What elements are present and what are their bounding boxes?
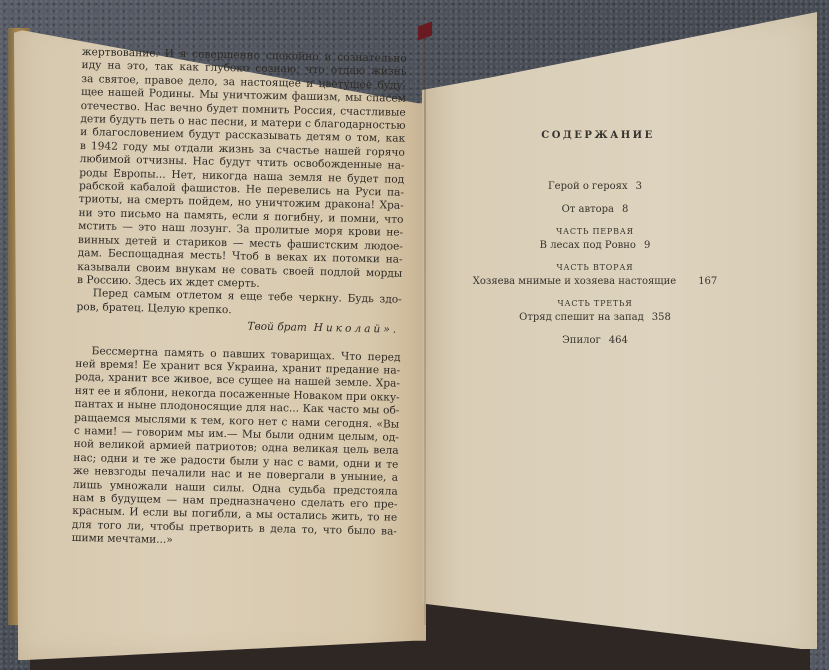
- toc-part-label: ЧАСТЬ ТРЕТЬЯ: [470, 298, 720, 309]
- toc-entry-title: В лесах под Ровно: [540, 240, 636, 251]
- toc-entry: Хозяева мнимые и хозяева настоящие167: [448, 275, 742, 288]
- toc-entry-title: Хозяева мнимые и хозяева настоящие: [473, 276, 676, 287]
- toc-entry-title: От автора: [562, 204, 614, 215]
- toc-entry-page: 167: [676, 276, 717, 287]
- toc-entry: От автора8: [470, 203, 720, 216]
- toc-part-label: ЧАСТЬ ВТОРАЯ: [470, 262, 720, 273]
- signature-name: Николай».: [314, 322, 400, 336]
- toc-entry: В лесах под Ровно9: [470, 239, 720, 252]
- toc-entry-page: 8: [614, 204, 628, 215]
- toc-entry-title: Герой о героях: [548, 181, 628, 192]
- toc-entry-page: 464: [601, 335, 628, 346]
- toc-entry-page: 3: [628, 181, 642, 192]
- table-of-contents: СОДЕРЖАНИЕ Герой о героях3 От автора8 ЧА…: [470, 130, 720, 357]
- signature-prefix: Твой брат: [247, 321, 307, 334]
- toc-part-label: ЧАСТЬ ПЕРВАЯ: [470, 226, 720, 237]
- toc-entry-title: Эпилог: [562, 335, 601, 346]
- toc-title: СОДЕРЖАНИЕ: [470, 130, 720, 141]
- toc-entry-page: 9: [636, 240, 650, 251]
- book-gutter: [424, 40, 426, 625]
- spine-binding: [418, 21, 432, 40]
- toc-entry: Отряд спешит на запад358: [470, 311, 720, 324]
- toc-entry-title: Отряд спешит на запад: [519, 312, 644, 323]
- toc-entry-epilogue: Эпилог464: [470, 334, 720, 347]
- toc-entry-page: 358: [644, 312, 671, 323]
- letter-text: жертвование. И я совершенно спокойно и с…: [72, 46, 407, 552]
- toc-entry: Герой о героях3: [470, 180, 720, 193]
